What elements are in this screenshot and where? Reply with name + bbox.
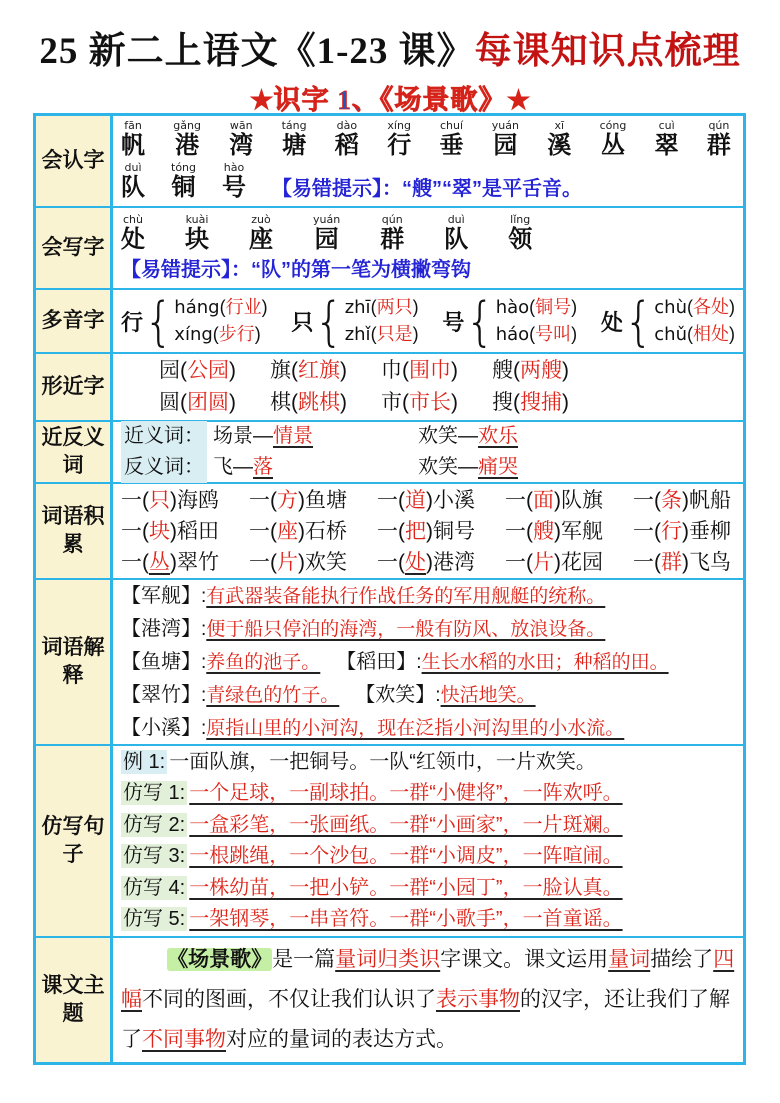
pinyin-label: hào	[224, 162, 244, 174]
measure-word: 群	[661, 551, 682, 574]
paren: (	[180, 391, 187, 414]
definition-text: 青绿色的竹子。	[206, 685, 339, 706]
error-tip-label: 【易错提示】：	[121, 259, 251, 281]
pinyin-label: duì	[448, 214, 465, 226]
pinyin-character-list: chù处kuài块zuò座yuán园qún群duì队lǐng领	[121, 214, 735, 254]
readings: chù(各处)chǔ(相处)	[654, 294, 735, 348]
reading-line: chù(各处)	[654, 294, 735, 321]
prefix: 一(	[377, 489, 405, 512]
measure-word-item: 一(片)欢笑	[249, 547, 347, 578]
reading-word: 号叫	[535, 324, 571, 344]
imitation-sentence-line: 仿写 5:一架钢琴，一串音符。一群“小歌手”，一首童谣。	[121, 904, 735, 936]
polyphonic-group: 号{hào(铜号)háo(号叫)	[442, 294, 577, 348]
theme-segment: 字课文。课文运用	[440, 948, 608, 971]
character: 铜	[172, 174, 196, 202]
definition-entry: 【翠竹】:青绿色的竹子。	[121, 685, 339, 706]
answer-word: 情景	[273, 425, 313, 447]
star-icon: ★	[249, 85, 273, 115]
base-character: 园	[159, 359, 180, 382]
base-character: 艘	[492, 359, 513, 382]
suffix: )	[554, 489, 561, 512]
definition-text: 便于船只停泊的海湾，一般有防风、放浪设备。	[206, 619, 605, 640]
definition-text: 有武器装备能执行作战任务的军用舰艇的统称。	[206, 586, 605, 607]
measure-word-item: 一(只)海鸥	[121, 485, 219, 516]
row-content-recognize: fān帆gǎng港wān湾táng塘dào稻xíng行chuí垂yuán园xī溪…	[113, 116, 743, 206]
pinyin-character: qún群	[380, 214, 404, 254]
paren: )	[229, 359, 236, 382]
pinyin-character: qún群	[707, 120, 731, 160]
term: 【欢笑】	[365, 684, 435, 706]
term: 【翠竹】	[121, 684, 201, 706]
answer-word: 痛哭	[478, 456, 518, 478]
paren: )	[229, 391, 236, 414]
imitation-sentence-line: 仿写 2:一盒彩笔，一张画纸。一群“小画家”，一片斑斓。	[121, 810, 735, 842]
related-word: 红旗	[298, 359, 340, 382]
suffix: )	[554, 520, 561, 543]
row-text-theme: 课文主题 《场景歌》是一篇量词归类识字课文。课文运用量词描绘了四幅不同的图画，不…	[36, 938, 743, 1062]
pinyin-label: xī	[554, 120, 564, 132]
polyphonic-groups: 行{háng(行业)xíng(步行)只{zhī(两只)zhǐ(只是)号{hào(…	[121, 294, 735, 348]
star-icon: ★	[506, 85, 530, 115]
pinyin-label: fān	[124, 120, 142, 132]
theme-segment: 量词	[608, 948, 650, 971]
theme-segment: 不同的图画，不仅让我们认识了	[142, 988, 436, 1011]
reading-word: 步行	[219, 324, 255, 344]
definition-entry: 【军舰】:有武器装备能执行作战任务的军用舰艇的统称。	[121, 586, 605, 607]
prefix: 一(	[633, 489, 661, 512]
paren: (	[402, 391, 409, 414]
definition-line: 【小溪】:原指山里的小河沟，现在泛指小河沟里的小水流。	[121, 712, 735, 745]
measure-word-item: 一(道)小溪	[377, 485, 475, 516]
paren: )	[413, 297, 419, 317]
measure-word-item: 一(方)鱼塘	[249, 485, 347, 516]
character: 座	[249, 226, 273, 254]
paren: )	[262, 297, 268, 317]
definition-line: 【鱼塘】:养鱼的池子。【稻田】:生长水稻的水田；种稻的田。	[121, 646, 735, 679]
brace-glyph: {	[144, 295, 173, 348]
title-text-red: 每课知识点梳理	[475, 31, 741, 72]
imitation-label: 仿写 4:	[121, 876, 187, 900]
row-similar-characters: 形近字 园(公园)旗(红旗)巾(围巾)艘(两艘)圆(团圆)棋(跳棋)市(市长)搜…	[36, 354, 743, 422]
similar-char-line: 圆(团圆)棋(跳棋)市(市长)搜(搜捕)	[121, 387, 735, 419]
measure-word-line: 一(只)海鸥一(方)鱼塘一(道)小溪一(面)队旗一(条)帆船	[121, 485, 735, 516]
pinyin-label: yuán	[492, 120, 519, 132]
row-characters-to-write: 会写字 chù处kuài块zuò座yuán园qún群duì队lǐng领 【易错提…	[36, 208, 743, 290]
pinyin-character: gǎng港	[173, 120, 201, 160]
measure-word: 条	[661, 489, 682, 512]
theme-segment: 量词归类识	[335, 948, 440, 971]
suffix: )	[682, 520, 689, 543]
measure-word: 只	[149, 489, 170, 512]
synonym-antonym-line: 近义词：场景—情景欢笑—欢乐	[121, 421, 735, 452]
word-pair: 欢笑—欢乐	[418, 422, 518, 451]
pinyin-character: xíng行	[387, 120, 411, 160]
paren: )	[255, 324, 261, 344]
readings: háng(行业)xíng(步行)	[174, 294, 267, 348]
error-tip-text: “艘”“翠”是平舌音。	[402, 178, 582, 200]
definition-line: 【军舰】:有武器装备能执行作战任务的军用舰艇的统称。	[121, 580, 735, 613]
imitation-sentence-line: 仿写 1:一个足球，一副球拍。一群“小健将”，一阵欢呼。	[121, 778, 735, 810]
theme-segment: 描绘了	[650, 948, 713, 971]
row-content-theme: 《场景歌》是一篇量词归类识字课文。课文运用量词描绘了四幅不同的图画，不仅让我们认…	[113, 938, 743, 1062]
theme-segment: 表示事物	[436, 988, 520, 1011]
suffix: )	[298, 551, 305, 574]
paren: (	[291, 391, 298, 414]
noun: 海鸥	[177, 489, 219, 512]
noun: 帆船	[689, 489, 731, 512]
theme-segment: 不同事物	[142, 1028, 226, 1051]
noun: 稻田	[177, 520, 219, 543]
similar-char-pair: 市(市长)	[381, 391, 458, 414]
imitation-text: 一个足球，一副球拍。一群“小健将”，一阵欢呼。	[189, 782, 622, 804]
measure-word: 块	[149, 520, 170, 543]
definition-entry: 【欢笑】:快活地笑。	[365, 685, 535, 706]
imitation-label: 仿写 3:	[121, 844, 187, 868]
reading-line: xíng(步行)	[174, 321, 267, 348]
prefix: 一(	[249, 551, 277, 574]
term: 【港湾】	[121, 618, 201, 640]
suffix: )	[426, 551, 433, 574]
character: 块	[185, 226, 209, 254]
prefix: 一(	[249, 489, 277, 512]
pinyin-label: chuí	[440, 120, 463, 132]
pinyin-label: dào	[337, 120, 357, 132]
suffix: )	[682, 489, 689, 512]
row-polyphonic-characters: 多音字 行{háng(行业)xíng(步行)只{zhī(两只)zhǐ(只是)号{…	[36, 290, 743, 354]
related-word: 搜捕	[520, 391, 562, 414]
pinyin-character: yuán园	[313, 214, 340, 254]
theme-segment: 是一篇	[272, 948, 335, 971]
page-title: 25 新二上语文《1-23 课》每课知识点梳理	[0, 20, 780, 74]
row-header-imitation: 仿写句子	[36, 746, 113, 936]
reading-word: 相处	[693, 324, 729, 344]
row-header-synonyms: 近反义词	[36, 422, 113, 482]
noun: 飞鸟	[689, 551, 731, 574]
row-header-recognize: 会认字	[36, 116, 113, 206]
brace-glyph: {	[624, 295, 653, 348]
measure-word-item: 一(面)队旗	[505, 485, 603, 516]
similar-char-pair: 搜(搜捕)	[492, 391, 569, 414]
readings: zhī(两只)zhǐ(只是)	[345, 294, 419, 348]
reading-line: háo(号叫)	[496, 321, 577, 348]
prefix: 一(	[121, 520, 149, 543]
base-character: 市	[381, 391, 402, 414]
row-header-polyphonic: 多音字	[36, 290, 113, 352]
paren: )	[571, 324, 577, 344]
paren: )	[562, 391, 569, 414]
character: 港	[175, 132, 199, 160]
row-content-definitions: 【军舰】:有武器装备能执行作战任务的军用舰艇的统称。【港湾】:便于船只停泊的海湾…	[113, 580, 743, 744]
worksheet-page: 25 新二上语文《1-23 课》每课知识点梳理 ★识字 1、《场景歌》★ 会认字…	[0, 0, 780, 1103]
character: 群	[380, 226, 404, 254]
noun: 小溪	[433, 489, 475, 512]
similar-char-pair: 棋(跳棋)	[270, 391, 347, 414]
noun: 花园	[561, 551, 603, 574]
measure-word: 片	[533, 551, 554, 574]
reading-word: 铜号	[535, 297, 571, 317]
suffix: )	[426, 489, 433, 512]
paren: )	[451, 391, 458, 414]
measure-word: 丛	[149, 551, 170, 574]
paren: )	[571, 297, 577, 317]
pinyin-character: duì队	[121, 162, 145, 202]
brace-glyph: {	[465, 295, 494, 348]
related-word: 市长	[409, 391, 451, 414]
reading-line: hào(铜号)	[496, 294, 577, 321]
definition-line: 【港湾】:便于船只停泊的海湾，一般有防风、放浪设备。	[121, 613, 735, 646]
term: 【鱼塘】	[121, 651, 201, 673]
measure-word-item: 一(块)稻田	[121, 516, 219, 547]
word-pair: 欢笑—痛哭	[418, 453, 518, 482]
measure-word: 行	[661, 520, 682, 543]
row-content-polyphonic: 行{háng(行业)xíng(步行)只{zhī(两只)zhǐ(只是)号{hào(…	[113, 290, 743, 352]
pinyin-label: yuán	[313, 214, 340, 226]
row-header-definitions: 词语解释	[36, 580, 113, 744]
definition-line: 【翠竹】:青绿色的竹子。【欢笑】:快活地笑。	[121, 679, 735, 712]
character: 号	[222, 174, 246, 202]
noun: 垂柳	[689, 520, 731, 543]
pinyin-character-group: duì队tóng铜hào号	[121, 162, 246, 202]
similar-char-pair: 园(公园)	[159, 359, 236, 382]
row-content-accumulation: 一(只)海鸥一(方)鱼塘一(道)小溪一(面)队旗一(条)帆船一(块)稻田一(座)…	[113, 484, 743, 578]
word-pair: 场景—情景	[213, 422, 418, 451]
term: 【稻田】	[346, 651, 416, 673]
measure-word-item: 一(艘)军舰	[505, 516, 603, 547]
imitation-text: 一根跳绳，一个沙包。一群“小调皮”，一阵喧闹。	[189, 845, 622, 867]
character: 群	[707, 132, 731, 160]
pinyin-character-list: fān帆gǎng港wān湾táng塘dào稻xíng行chuí垂yuán园xī溪…	[121, 120, 735, 160]
pinyin-character: zuò座	[249, 214, 273, 254]
polyphonic-group: 行{háng(行业)xíng(步行)	[121, 294, 268, 348]
line-label: 近义词：	[121, 421, 207, 452]
prefix: 一(	[249, 520, 277, 543]
prefix: 一(	[633, 551, 661, 574]
knowledge-table: 会认字 fān帆gǎng港wān湾táng塘dào稻xíng行chuí垂yuán…	[33, 113, 746, 1065]
base-character: 圆	[159, 391, 180, 414]
polyphonic-group: 处{chù(各处)chǔ(相处)	[601, 294, 735, 348]
paren: (	[402, 359, 409, 382]
brace-glyph: {	[314, 295, 343, 348]
pinyin-character: wān湾	[229, 120, 253, 160]
character: 丛	[601, 132, 625, 160]
pinyin-character: chù处	[121, 214, 145, 254]
pinyin-character: xī溪	[547, 120, 571, 160]
error-tip-label: 【易错提示】：	[272, 178, 402, 200]
reading-pinyin: zhǐ	[345, 324, 371, 345]
pinyin-character: táng塘	[282, 120, 307, 160]
term: 【军舰】	[121, 585, 201, 607]
pinyin-character: cuì翠	[655, 120, 679, 160]
pinyin-label: cuì	[659, 120, 675, 132]
imitation-text: 一株幼苗，一把小铲。一群“小园丁”，一脸认真。	[189, 877, 622, 899]
row-characters-to-recognize: 会认字 fān帆gǎng港wān湾táng塘dào稻xíng行chuí垂yuán…	[36, 116, 743, 208]
measure-word-item: 一(条)帆船	[633, 485, 731, 516]
noun: 港湾	[433, 551, 475, 574]
reading-pinyin: xíng	[174, 324, 213, 345]
measure-word: 道	[405, 489, 426, 512]
related-word: 围巾	[409, 359, 451, 382]
base-character: 棋	[270, 391, 291, 414]
reading-pinyin: háng	[174, 297, 219, 318]
similar-char-pair: 艘(两艘)	[492, 359, 569, 382]
reading-line: zhǐ(只是)	[345, 321, 419, 348]
pinyin-character: lǐng领	[508, 214, 532, 254]
definition-entry: 【小溪】:原指山里的小河沟，现在泛指小河沟里的小水流。	[121, 718, 624, 739]
measure-word-item: 一(片)花园	[505, 547, 603, 578]
reading-pinyin: chù	[654, 297, 687, 318]
title-text-black: 25 新二上语文《1-23 课》	[39, 31, 474, 72]
prefix: 一(	[377, 520, 405, 543]
pinyin-character: hào号	[222, 162, 246, 202]
pinyin-character: tóng铜	[171, 162, 196, 202]
row-header-theme: 课文主题	[36, 938, 113, 1062]
lesson-subtitle: ★识字 1、《场景歌》★	[0, 78, 780, 117]
pinyin-character-list-2: duì队tóng铜hào号 【易错提示】：“艘”“翠”是平舌音。	[121, 162, 735, 202]
suffix: )	[682, 551, 689, 574]
reading-line: zhī(两只)	[345, 294, 419, 321]
suffix: )	[170, 489, 177, 512]
similar-char-line: 园(公园)旗(红旗)巾(围巾)艘(两艘)	[121, 355, 735, 387]
imitation-label: 仿写 1:	[121, 781, 187, 805]
suffix: )	[426, 520, 433, 543]
term: 【小溪】	[121, 717, 201, 739]
character: 领	[508, 226, 532, 254]
example-text: 一面队旗，一把铜号。一队“红领巾，一片欢笑。	[169, 751, 596, 773]
prefix: 一(	[505, 489, 533, 512]
prefix: 一(	[505, 551, 533, 574]
paren: (	[291, 359, 298, 382]
readings: hào(铜号)háo(号叫)	[496, 294, 577, 348]
line-label: 反义词：	[121, 452, 207, 483]
imitation-sentence-line: 仿写 3:一根跳绳，一个沙包。一群“小调皮”，一阵喧闹。	[121, 841, 735, 873]
base-word: 飞—	[213, 456, 253, 478]
measure-word-item: 一(把)铜号	[377, 516, 475, 547]
paren: )	[451, 359, 458, 382]
noun: 石桥	[305, 520, 347, 543]
pinyin-character: fān帆	[121, 120, 145, 160]
pinyin-label: zuò	[251, 214, 270, 226]
imitation-sentence-line: 仿写 4:一株幼苗，一把小铲。一群“小园丁”，一脸认真。	[121, 873, 735, 905]
reading-pinyin: háo	[496, 324, 529, 345]
word-pair: 飞—落	[213, 453, 418, 482]
polyphonic-group: 只{zhī(两只)zhǐ(只是)	[291, 294, 418, 348]
character: 队	[444, 226, 468, 254]
character: 溪	[547, 132, 571, 160]
polyphonic-character: 行	[121, 306, 143, 337]
row-content-similar: 园(公园)旗(红旗)巾(围巾)艘(两艘)圆(团圆)棋(跳棋)市(市长)搜(搜捕)	[113, 354, 743, 420]
reading-word: 只是	[377, 324, 413, 344]
measure-word-item: 一(处)港湾	[377, 547, 475, 578]
suffix: )	[554, 551, 561, 574]
reading-word: 行业	[226, 297, 262, 317]
similar-char-pair: 巾(围巾)	[381, 359, 458, 382]
base-character: 巾	[381, 359, 402, 382]
prefix: 一(	[377, 551, 405, 574]
pinyin-label: qún	[382, 214, 403, 226]
row-imitation-sentences: 仿写句子 例 1:一面队旗，一把铜号。一队“红领巾，一片欢笑。仿写 1:一个足球…	[36, 746, 743, 938]
noun: 队旗	[561, 489, 603, 512]
suffix: )	[298, 520, 305, 543]
base-character: 搜	[492, 391, 513, 414]
measure-word: 方	[277, 489, 298, 512]
character: 翠	[655, 132, 679, 160]
definition-entry: 【港湾】:便于船只停泊的海湾，一般有防风、放浪设备。	[121, 619, 605, 640]
imitation-text: 一盒彩笔，一张画纸。一群“小画家”，一片斑斓。	[189, 814, 622, 836]
answer-word: 落	[253, 456, 273, 478]
paren: )	[562, 359, 569, 382]
character: 处	[121, 226, 145, 254]
suffix: )	[170, 551, 177, 574]
related-word: 跳棋	[298, 391, 340, 414]
measure-word: 艘	[533, 520, 554, 543]
measure-word: 处	[405, 551, 426, 574]
noun: 鱼塘	[305, 489, 347, 512]
pinyin-label: chù	[123, 214, 143, 226]
pinyin-character: dào稻	[335, 120, 359, 160]
pinyin-character: kuài块	[185, 214, 209, 254]
reading-pinyin: hào	[496, 297, 529, 318]
similar-char-pair: 旗(红旗)	[270, 359, 347, 382]
row-content-write: chù处kuài块zuò座yuán园qún群duì队lǐng领 【易错提示】：“…	[113, 208, 743, 288]
related-word: 公园	[187, 359, 229, 382]
character: 帆	[121, 132, 145, 160]
character: 垂	[439, 132, 463, 160]
character: 湾	[229, 132, 253, 160]
base-word: 欢笑—	[418, 456, 478, 478]
reading-line: chǔ(相处)	[654, 321, 735, 348]
theme-segment: 《场景歌》	[167, 948, 272, 971]
reading-pinyin: chǔ	[654, 324, 687, 345]
definition-text: 快活地笑。	[441, 685, 536, 706]
character: 稻	[335, 132, 359, 160]
character: 队	[121, 174, 145, 202]
definition-entry: 【稻田】:生长水稻的水田；种稻的田。	[346, 652, 668, 673]
character: 园	[315, 226, 339, 254]
error-tip: 【易错提示】：“艘”“翠”是平舌音。	[272, 176, 582, 202]
definition-text: 原指山里的小河沟，现在泛指小河沟里的小水流。	[206, 718, 624, 739]
example-label: 例 1:	[121, 750, 167, 774]
error-tip: 【易错提示】：“队”的第一笔为横撇弯钩	[121, 257, 735, 283]
reading-pinyin: zhī	[345, 297, 371, 318]
polyphonic-character: 号	[442, 306, 464, 337]
prefix: 一(	[121, 551, 149, 574]
prefix: 一(	[505, 520, 533, 543]
example-sentence-line: 例 1:一面队旗，一把铜号。一队“红领巾，一片欢笑。	[121, 747, 735, 779]
definition-text: 生长水稻的水田；种稻的田。	[422, 652, 669, 673]
pinyin-label: táng	[282, 120, 307, 132]
row-header-similar: 形近字	[36, 354, 113, 420]
reading-word: 各处	[693, 297, 729, 317]
noun: 铜号	[433, 520, 475, 543]
measure-word-line: 一(块)稻田一(座)石桥一(把)铜号一(艘)军舰一(行)垂柳	[121, 516, 735, 547]
measure-word: 座	[277, 520, 298, 543]
error-tip-text: “队”的第一笔为横撇弯钩	[251, 259, 471, 281]
character: 园	[493, 132, 517, 160]
paren: (	[180, 359, 187, 382]
pinyin-label: duì	[124, 162, 141, 174]
noun: 翠竹	[177, 551, 219, 574]
paren: (	[513, 391, 520, 414]
imitation-text: 一架钢琴，一串音符。一群“小歌手”，一首童谣。	[189, 908, 622, 930]
pinyin-label: gǎng	[173, 120, 201, 132]
paren: )	[340, 359, 347, 382]
row-word-definitions: 词语解释 【军舰】:有武器装备能执行作战任务的军用舰艇的统称。【港湾】:便于船只…	[36, 580, 743, 746]
synonym-antonym-line: 反义词：飞—落欢笑—痛哭	[121, 452, 735, 483]
noun: 欢笑	[305, 551, 347, 574]
measure-word: 面	[533, 489, 554, 512]
base-word: 场景—	[213, 425, 273, 447]
measure-word-item: 一(群)飞鸟	[633, 547, 731, 578]
